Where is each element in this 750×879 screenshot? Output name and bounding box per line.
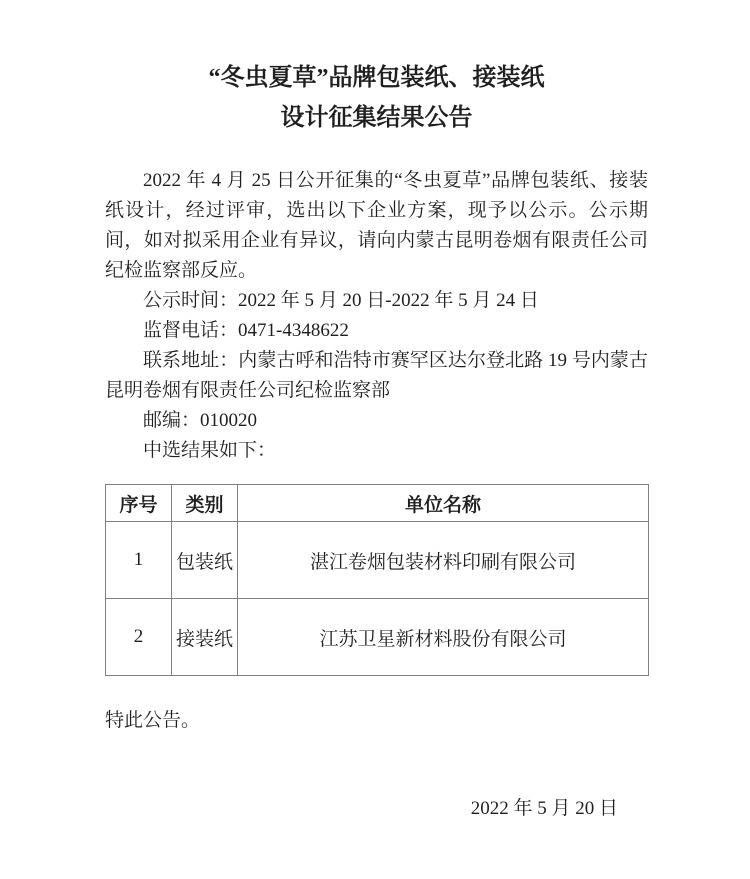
document-title: “冬虫夏草”品牌包装纸、接装纸 设计征集结果公告 — [105, 58, 648, 138]
header-category: 类别 — [172, 485, 238, 522]
table-header-row: 序号 类别 单位名称 — [106, 485, 649, 522]
supervision-phone-line: 监督电话：0471-4348622 — [105, 316, 648, 346]
cell-category: 包装纸 — [172, 522, 238, 599]
document-date: 2022 年 5 月 20 日 — [105, 794, 648, 824]
publicity-time-line: 公示时间：2022 年 5 月 20 日-2022 年 5 月 24 日 — [105, 286, 648, 316]
results-table: 序号 类别 单位名称 1 包装纸 湛江卷烟包装材料印刷有限公司 2 接装纸 江苏… — [105, 484, 649, 676]
cell-serial-number: 2 — [106, 599, 172, 676]
table-row: 2 接装纸 江苏卫星新材料股份有限公司 — [106, 599, 649, 676]
cell-category: 接装纸 — [172, 599, 238, 676]
intro-paragraph: 2022 年 4 月 25 日公开征集的“冬虫夏草”品牌包装纸、接装纸设计，经过… — [105, 166, 648, 286]
closing-statement: 特此公告。 — [105, 706, 648, 736]
title-line-2: 设计征集结果公告 — [105, 98, 648, 138]
title-line-1: “冬虫夏草”品牌包装纸、接装纸 — [105, 58, 648, 98]
table-row: 1 包装纸 湛江卷烟包装材料印刷有限公司 — [106, 522, 649, 599]
document-page: “冬虫夏草”品牌包装纸、接装纸 设计征集结果公告 2022 年 4 月 25 日… — [0, 0, 750, 879]
postal-code-line: 邮编：010020 — [105, 406, 648, 436]
cell-serial-number: 1 — [106, 522, 172, 599]
results-lead-in-line: 中选结果如下： — [105, 436, 648, 466]
header-serial-number: 序号 — [106, 485, 172, 522]
cell-company-name: 湛江卷烟包装材料印刷有限公司 — [238, 522, 649, 599]
contact-address-line: 联系地址：内蒙古呼和浩特市赛罕区达尔登北路 19 号内蒙古昆明卷烟有限责任公司纪… — [105, 346, 648, 406]
header-company-name: 单位名称 — [238, 485, 649, 522]
cell-company-name: 江苏卫星新材料股份有限公司 — [238, 599, 649, 676]
